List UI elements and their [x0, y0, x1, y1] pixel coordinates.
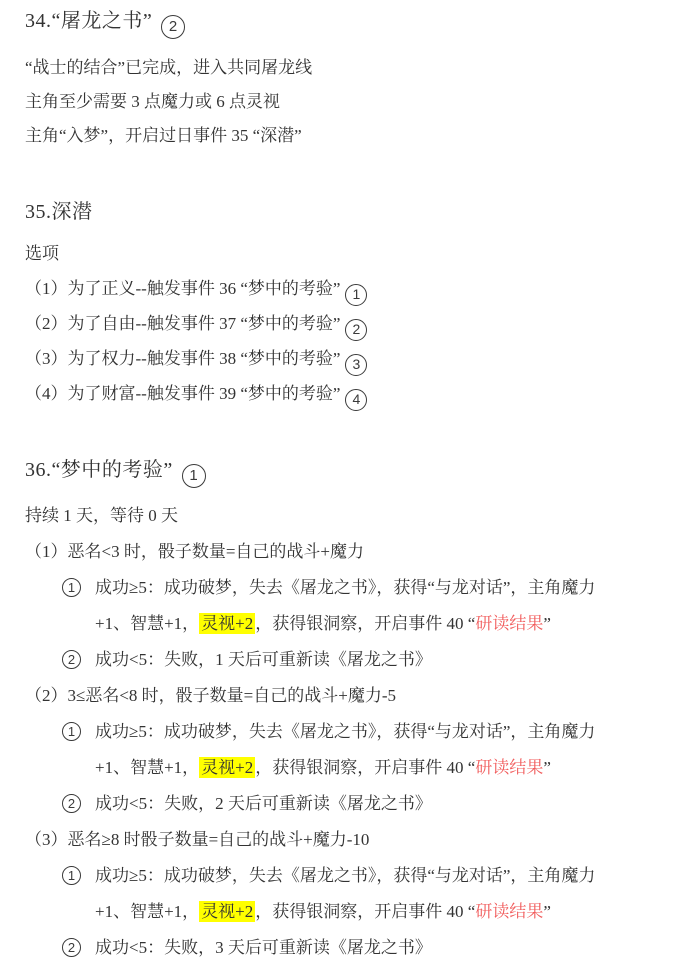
success-line2-pre: +1、智慧+1， — [95, 758, 199, 777]
highlighted-text: 灵视+2 — [199, 613, 255, 634]
event-35-title: 35.深潜 — [25, 197, 657, 227]
success-subitem: 1 成功≥5：成功破梦，失去《屠龙之书》，获得“与龙对话”，主角魔力 +1、智慧… — [25, 570, 657, 642]
case-block: （3）恶名≥8 时骰子数量=自己的战斗+魔力-10 1 成功≥5：成功破梦，失去… — [25, 822, 657, 959]
case-block: （2）3≤恶名<8 时，骰子数量=自己的战斗+魔力-5 1 成功≥5：成功破梦，… — [25, 678, 657, 822]
event-35-section: 35.深潜 选项 （1）为了正义--触发事件 36 “梦中的考验”1 （2）为了… — [25, 197, 657, 411]
success-line1: 成功≥5：成功破梦，失去《屠龙之书》，获得“与龙对话”，主角魔力 — [95, 858, 595, 894]
success-line2-pre: +1、智慧+1， — [95, 614, 199, 633]
choice-item: （4）为了财富--触发事件 39 “梦中的考验”4 — [25, 376, 657, 411]
duration-line: 持续 1 天，等待 0 天 — [25, 498, 657, 534]
event-34-line: 主角至少需要 3 点魔力或 6 点灵视 — [25, 85, 657, 119]
success-subitem: 1 成功≥5：成功破梦，失去《屠龙之书》，获得“与龙对话”，主角魔力 +1、智慧… — [25, 858, 657, 930]
success-line1: 成功≥5：成功破梦，失去《屠龙之书》，获得“与龙对话”，主角魔力 — [95, 714, 595, 750]
choice-text: （4）为了财富--触发事件 39 “梦中的考验” — [25, 384, 340, 403]
circled-number-marker: 2 — [62, 938, 81, 957]
success-text: 成功≥5：成功破梦，失去《屠龙之书》，获得“与龙对话”，主角魔力 +1、智慧+1… — [95, 570, 595, 642]
event-34-section: 34.“屠龙之书”2 “战士的结合”已完成，进入共同屠龙线 主角至少需要 3 点… — [25, 6, 657, 153]
fail-text: 成功<5：失败，3 天后可重新读《屠龙之书》 — [95, 930, 432, 959]
circled-number-badge: 1 — [182, 464, 206, 488]
success-text: 成功≥5：成功破梦，失去《屠龙之书》，获得“与龙对话”，主角魔力 +1、智慧+1… — [95, 858, 595, 930]
fail-text: 成功<5：失败，2 天后可重新读《屠龙之书》 — [95, 786, 432, 822]
fail-subitem: 2 成功<5：失败，1 天后可重新读《屠龙之书》 — [25, 642, 657, 678]
success-line2: +1、智慧+1，灵视+2，获得银洞察，开启事件 40 “研读结果” — [95, 894, 595, 930]
choice-text: （3）为了权力--触发事件 38 “梦中的考验” — [25, 349, 340, 368]
fail-text: 成功<5：失败，1 天后可重新读《屠龙之书》 — [95, 642, 432, 678]
success-line1: 成功≥5：成功破梦，失去《屠龙之书》，获得“与龙对话”，主角魔力 — [95, 570, 595, 606]
highlighted-text: 灵视+2 — [199, 757, 255, 778]
success-line2-post: ” — [543, 614, 551, 633]
case-block: （1）恶名<3 时，骰子数量=自己的战斗+魔力 1 成功≥5：成功破梦，失去《屠… — [25, 534, 657, 678]
success-line2-mid: ，获得银洞察，开启事件 40 “ — [255, 902, 475, 921]
circled-number-marker: 1 — [62, 578, 81, 597]
fail-subitem: 2 成功<5：失败，2 天后可重新读《屠龙之书》 — [25, 786, 657, 822]
options-label: 选项 — [25, 237, 657, 271]
fail-subitem: 2 成功<5：失败，3 天后可重新读《屠龙之书》 — [25, 930, 657, 959]
success-line2-mid: ，获得银洞察，开启事件 40 “ — [255, 758, 475, 777]
success-line2-post: ” — [543, 758, 551, 777]
case-condition: （2）3≤恶名<8 时，骰子数量=自己的战斗+魔力-5 — [25, 678, 657, 714]
choice-text: （1）为了正义--触发事件 36 “梦中的考验” — [25, 279, 340, 298]
circled-number-badge: 1 — [345, 284, 367, 306]
event-36-title: 36.“梦中的考验”1 — [25, 455, 657, 488]
case-condition: （1）恶名<3 时，骰子数量=自己的战斗+魔力 — [25, 534, 657, 570]
choice-item: （2）为了自由--触发事件 37 “梦中的考验”2 — [25, 306, 657, 341]
circled-number-marker: 2 — [62, 650, 81, 669]
success-text: 成功≥5：成功破梦，失去《屠龙之书》，获得“与龙对话”，主角魔力 +1、智慧+1… — [95, 714, 595, 786]
event-34-title: 34.“屠龙之书”2 — [25, 6, 657, 39]
circled-number-badge: 2 — [161, 15, 185, 39]
choice-item: （1）为了正义--触发事件 36 “梦中的考验”1 — [25, 271, 657, 306]
circled-number-badge: 2 — [345, 319, 367, 341]
red-event-text: 研读结果 — [475, 614, 543, 633]
event-34-title-text: 34.“屠龙之书” — [25, 10, 152, 32]
circled-number-badge: 4 — [345, 389, 367, 411]
circled-number-marker: 1 — [62, 722, 81, 741]
event-34-line: 主角“入梦”，开启过日事件 35 “深潜” — [25, 119, 657, 153]
red-event-text: 研读结果 — [475, 758, 543, 777]
event-36-section: 36.“梦中的考验”1 持续 1 天，等待 0 天 （1）恶名<3 时，骰子数量… — [25, 455, 657, 959]
highlighted-text: 灵视+2 — [199, 901, 255, 922]
red-event-text: 研读结果 — [475, 902, 543, 921]
success-line2-pre: +1、智慧+1， — [95, 902, 199, 921]
document-page: 34.“屠龙之书”2 “战士的结合”已完成，进入共同屠龙线 主角至少需要 3 点… — [0, 0, 681, 959]
circled-number-marker: 2 — [62, 794, 81, 813]
success-line2: +1、智慧+1，灵视+2，获得银洞察，开启事件 40 “研读结果” — [95, 750, 595, 786]
choice-text: （2）为了自由--触发事件 37 “梦中的考验” — [25, 314, 340, 333]
event-34-line: “战士的结合”已完成，进入共同屠龙线 — [25, 51, 657, 85]
success-line2-post: ” — [543, 902, 551, 921]
circled-number-marker: 1 — [62, 866, 81, 885]
choice-item: （3）为了权力--触发事件 38 “梦中的考验”3 — [25, 341, 657, 376]
success-subitem: 1 成功≥5：成功破梦，失去《屠龙之书》，获得“与龙对话”，主角魔力 +1、智慧… — [25, 714, 657, 786]
circled-number-badge: 3 — [345, 354, 367, 376]
success-line2-mid: ，获得银洞察，开启事件 40 “ — [255, 614, 475, 633]
success-line2: +1、智慧+1，灵视+2，获得银洞察，开启事件 40 “研读结果” — [95, 606, 595, 642]
case-condition: （3）恶名≥8 时骰子数量=自己的战斗+魔力-10 — [25, 822, 657, 858]
event-36-title-text: 36.“梦中的考验” — [25, 459, 173, 481]
